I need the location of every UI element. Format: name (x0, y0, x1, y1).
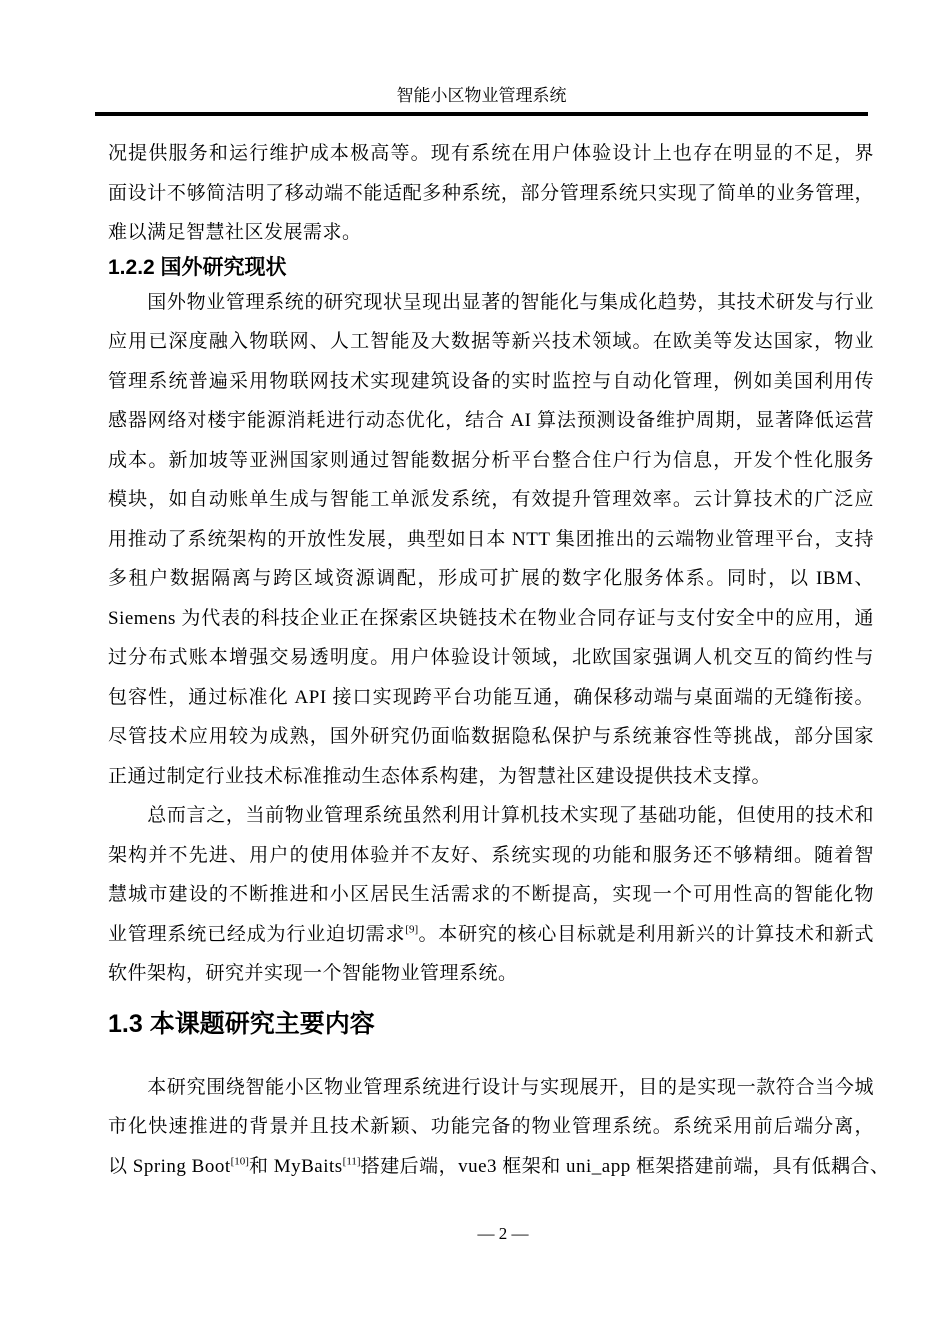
text-line: 管理系统普遍采用物联网技术实现建筑设备的实时监控与自动化管理，例如美国利用传 (108, 362, 874, 402)
citation-ref: [10] (231, 1155, 249, 1167)
text-line: 市化快速推进的背景并且技术新颖、功能完备的物业管理系统。系统采用前后端分离， (108, 1107, 874, 1147)
text-line: 业管理系统已经成为行业迫切需求[9]。本研究的核心目标就是利用新兴的计算技术和新… (108, 915, 874, 955)
text-line: Siemens 为代表的科技企业正在探索区块链技术在物业合同存证与支付安全中的应… (108, 599, 874, 639)
document-page: 智能小区物业管理系统 况提供服务和运行维护成本极高等。现有系统在用户体验设计上也… (0, 0, 950, 1344)
text-line: 尽管技术应用较为成熟，国外研究仍面临数据隐私保护与系统兼容性等挑战，部分国家 (108, 717, 874, 757)
text-line: 软件架构，研究并实现一个智能物业管理系统。 (108, 954, 874, 994)
paragraph: 况提供服务和运行维护成本极高等。现有系统在用户体验设计上也存在明显的不足，界面设… (108, 134, 874, 253)
paragraph: 总而言之，当前物业管理系统虽然利用计算机技术实现了基础功能，但使用的技术和架构并… (108, 796, 874, 994)
page-number: — 2 — (478, 1224, 529, 1243)
text-line: 感器网络对楼宇能源消耗进行动态优化，结合 AI 算法预测设备维护周期，显著降低运… (108, 401, 874, 441)
section-heading: 1.3 本课题研究主要内容 (108, 1006, 874, 1042)
text-line: 正通过制定行业技术标准推动生态体系构建，为智慧社区建设提供技术支撑。 (108, 757, 874, 797)
paragraph: 本研究围绕智能小区物业管理系统进行设计与实现展开，目的是实现一款符合当今城市化快… (108, 1068, 874, 1187)
paragraph: 国外物业管理系统的研究现状呈现出显著的智能化与集成化趋势，其技术研发与行业应用已… (108, 283, 874, 797)
text-line: 面设计不够简洁明了移动端不能适配多种系统，部分管理系统只实现了简单的业务管理， (108, 174, 874, 214)
header-title: 智能小区物业管理系统 (397, 86, 567, 105)
text-line: 模块，如自动账单生成与智能工单派发系统，有效提升管理效率。云计算技术的广泛应 (108, 480, 874, 520)
text-line: 总而言之，当前物业管理系统虽然利用计算机技术实现了基础功能，但使用的技术和 (108, 796, 874, 836)
text-line: 包容性，通过标准化 API 接口实现跨平台功能互通，确保移动端与桌面端的无缝衔接… (108, 678, 874, 718)
page-footer: — 2 — (108, 1222, 898, 1246)
text-line: 以 Spring Boot[10]和 MyBaits[11]搭建后端，vue3 … (108, 1147, 874, 1187)
text-line: 用推动了系统架构的开放性发展，典型如日本 NTT 集团推出的云端物业管理平台，支… (108, 520, 874, 560)
text-line: 本研究围绕智能小区物业管理系统进行设计与实现展开，目的是实现一款符合当今城 (108, 1068, 874, 1108)
text-line: 成本。新加坡等亚洲国家则通过智能数据分析平台整合住户行为信息，开发个性化服务 (108, 441, 874, 481)
text-line: 慧城市建设的不断推进和小区居民生活需求的不断提高，实现一个可用性高的智能化物 (108, 875, 874, 915)
page-header: 智能小区物业管理系统 (95, 84, 868, 116)
citation-ref: [9] (405, 923, 418, 935)
text-line: 况提供服务和运行维护成本极高等。现有系统在用户体验设计上也存在明显的不足，界 (108, 134, 874, 174)
text-line: 难以满足智慧社区发展需求。 (108, 213, 874, 253)
subsection-heading: 1.2.2 国外研究现状 (108, 253, 874, 283)
text-line: 应用已深度融入物联网、人工智能及大数据等新兴技术领域。在欧美等发达国家，物业 (108, 322, 874, 362)
text-line: 过分布式账本增强交易透明度。用户体验设计领域，北欧国家强调人机交互的简约性与 (108, 638, 874, 678)
text-line: 国外物业管理系统的研究现状呈现出显著的智能化与集成化趋势，其技术研发与行业 (108, 283, 874, 323)
text-line: 多租户数据隔离与跨区域资源调配，形成可扩展的数字化服务体系。同时，以 IBM、 (108, 559, 874, 599)
citation-ref: [11] (343, 1155, 361, 1167)
content: 况提供服务和运行维护成本极高等。现有系统在用户体验设计上也存在明显的不足，界面设… (108, 134, 874, 1186)
text-line: 架构并不先进、用户的使用体验并不友好、系统实现的功能和服务还不够精细。随着智 (108, 836, 874, 876)
